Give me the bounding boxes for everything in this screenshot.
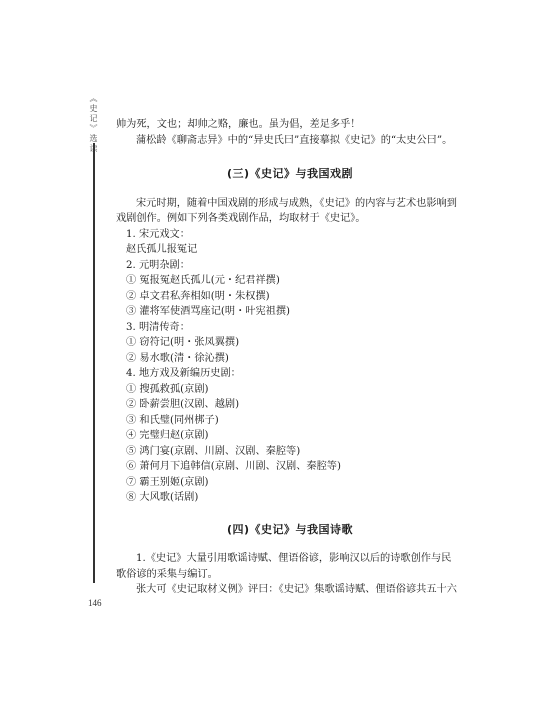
group-3-item-2: ② 易水歌(清・徐沁撰) [116, 351, 464, 367]
group-1-item-1: 赵氏孤儿报冤记 [116, 242, 464, 258]
intro-line-1: 帅为死，文也；却帅之赂，廉也。虽为倡，差足多乎！ [116, 117, 464, 133]
group-4-item-5: ⑤ 鸿门宴(京剧、川剧、汉剧、秦腔等) [116, 444, 464, 460]
group-3-item-1: ① 窃符记(明・张凤翼撰) [116, 335, 464, 351]
page-number: 146 [88, 598, 102, 608]
section-3-title: (三)《史记》与我国戏剧 [116, 166, 464, 182]
group-2-item-2: ② 卓文君私奔相如(明・朱权撰) [116, 289, 464, 305]
section-3-paragraph: 宋元时期，随着中国戏剧的形成与成熟，《史记》的内容与艺术也影响到戏剧创作。例如下… [116, 196, 464, 227]
group-2-heading: 2. 元明杂剧： [116, 258, 464, 274]
group-4-item-1: ① 搜孤救孤(京剧) [116, 382, 464, 398]
group-4-item-8: ⑧ 大风歌(话剧) [116, 490, 464, 506]
section-4-paragraph-2: 张大可《史记取材义例》评曰：《史记》集歌谣诗赋、俚语俗谚共五十六 [116, 582, 464, 598]
group-4-item-7: ⑦ 霸王别姬(京剧) [116, 475, 464, 491]
group-1-heading: 1. 宋元戏文： [116, 227, 464, 243]
group-2-item-3: ③ 灌将军使酒骂座记(明・叶宪祖撰) [116, 304, 464, 320]
group-4-item-6: ⑥ 萧何月下追韩信(京剧、川剧、汉剧、秦腔等) [116, 459, 464, 475]
group-4-item-2: ② 卧薪尝胆(汉剧、越剧) [116, 397, 464, 413]
intro-line-2: 蒲松龄《聊斋志异》中的“异史氏曰”直接摹拟《史记》的“太史公曰”。 [116, 133, 464, 149]
section-4-title: (四)《史记》与我国诗歌 [116, 522, 464, 538]
page-body: 帅为死，文也；却帅之赂，廉也。虽为倡，差足多乎！ 蒲松龄《聊斋志异》中的“异史氏… [116, 117, 464, 598]
group-4-item-3: ③ 和氏璧(同州梆子) [116, 413, 464, 429]
group-2-item-1: ① 冤报冤赵氏孤儿(元・纪君祥撰) [116, 273, 464, 289]
margin-rule [93, 143, 95, 583]
section-4-paragraph-1: 1.《史记》大量引用歌谣诗赋、俚语俗谚，影响汉以后的诗歌创作与民歌俗谚的采集与编… [116, 551, 464, 582]
group-4-item-4: ④ 完璧归赵(京剧) [116, 428, 464, 444]
group-4-heading: 4. 地方戏及新编历史剧： [116, 366, 464, 382]
group-3-heading: 3. 明清传奇： [116, 320, 464, 336]
